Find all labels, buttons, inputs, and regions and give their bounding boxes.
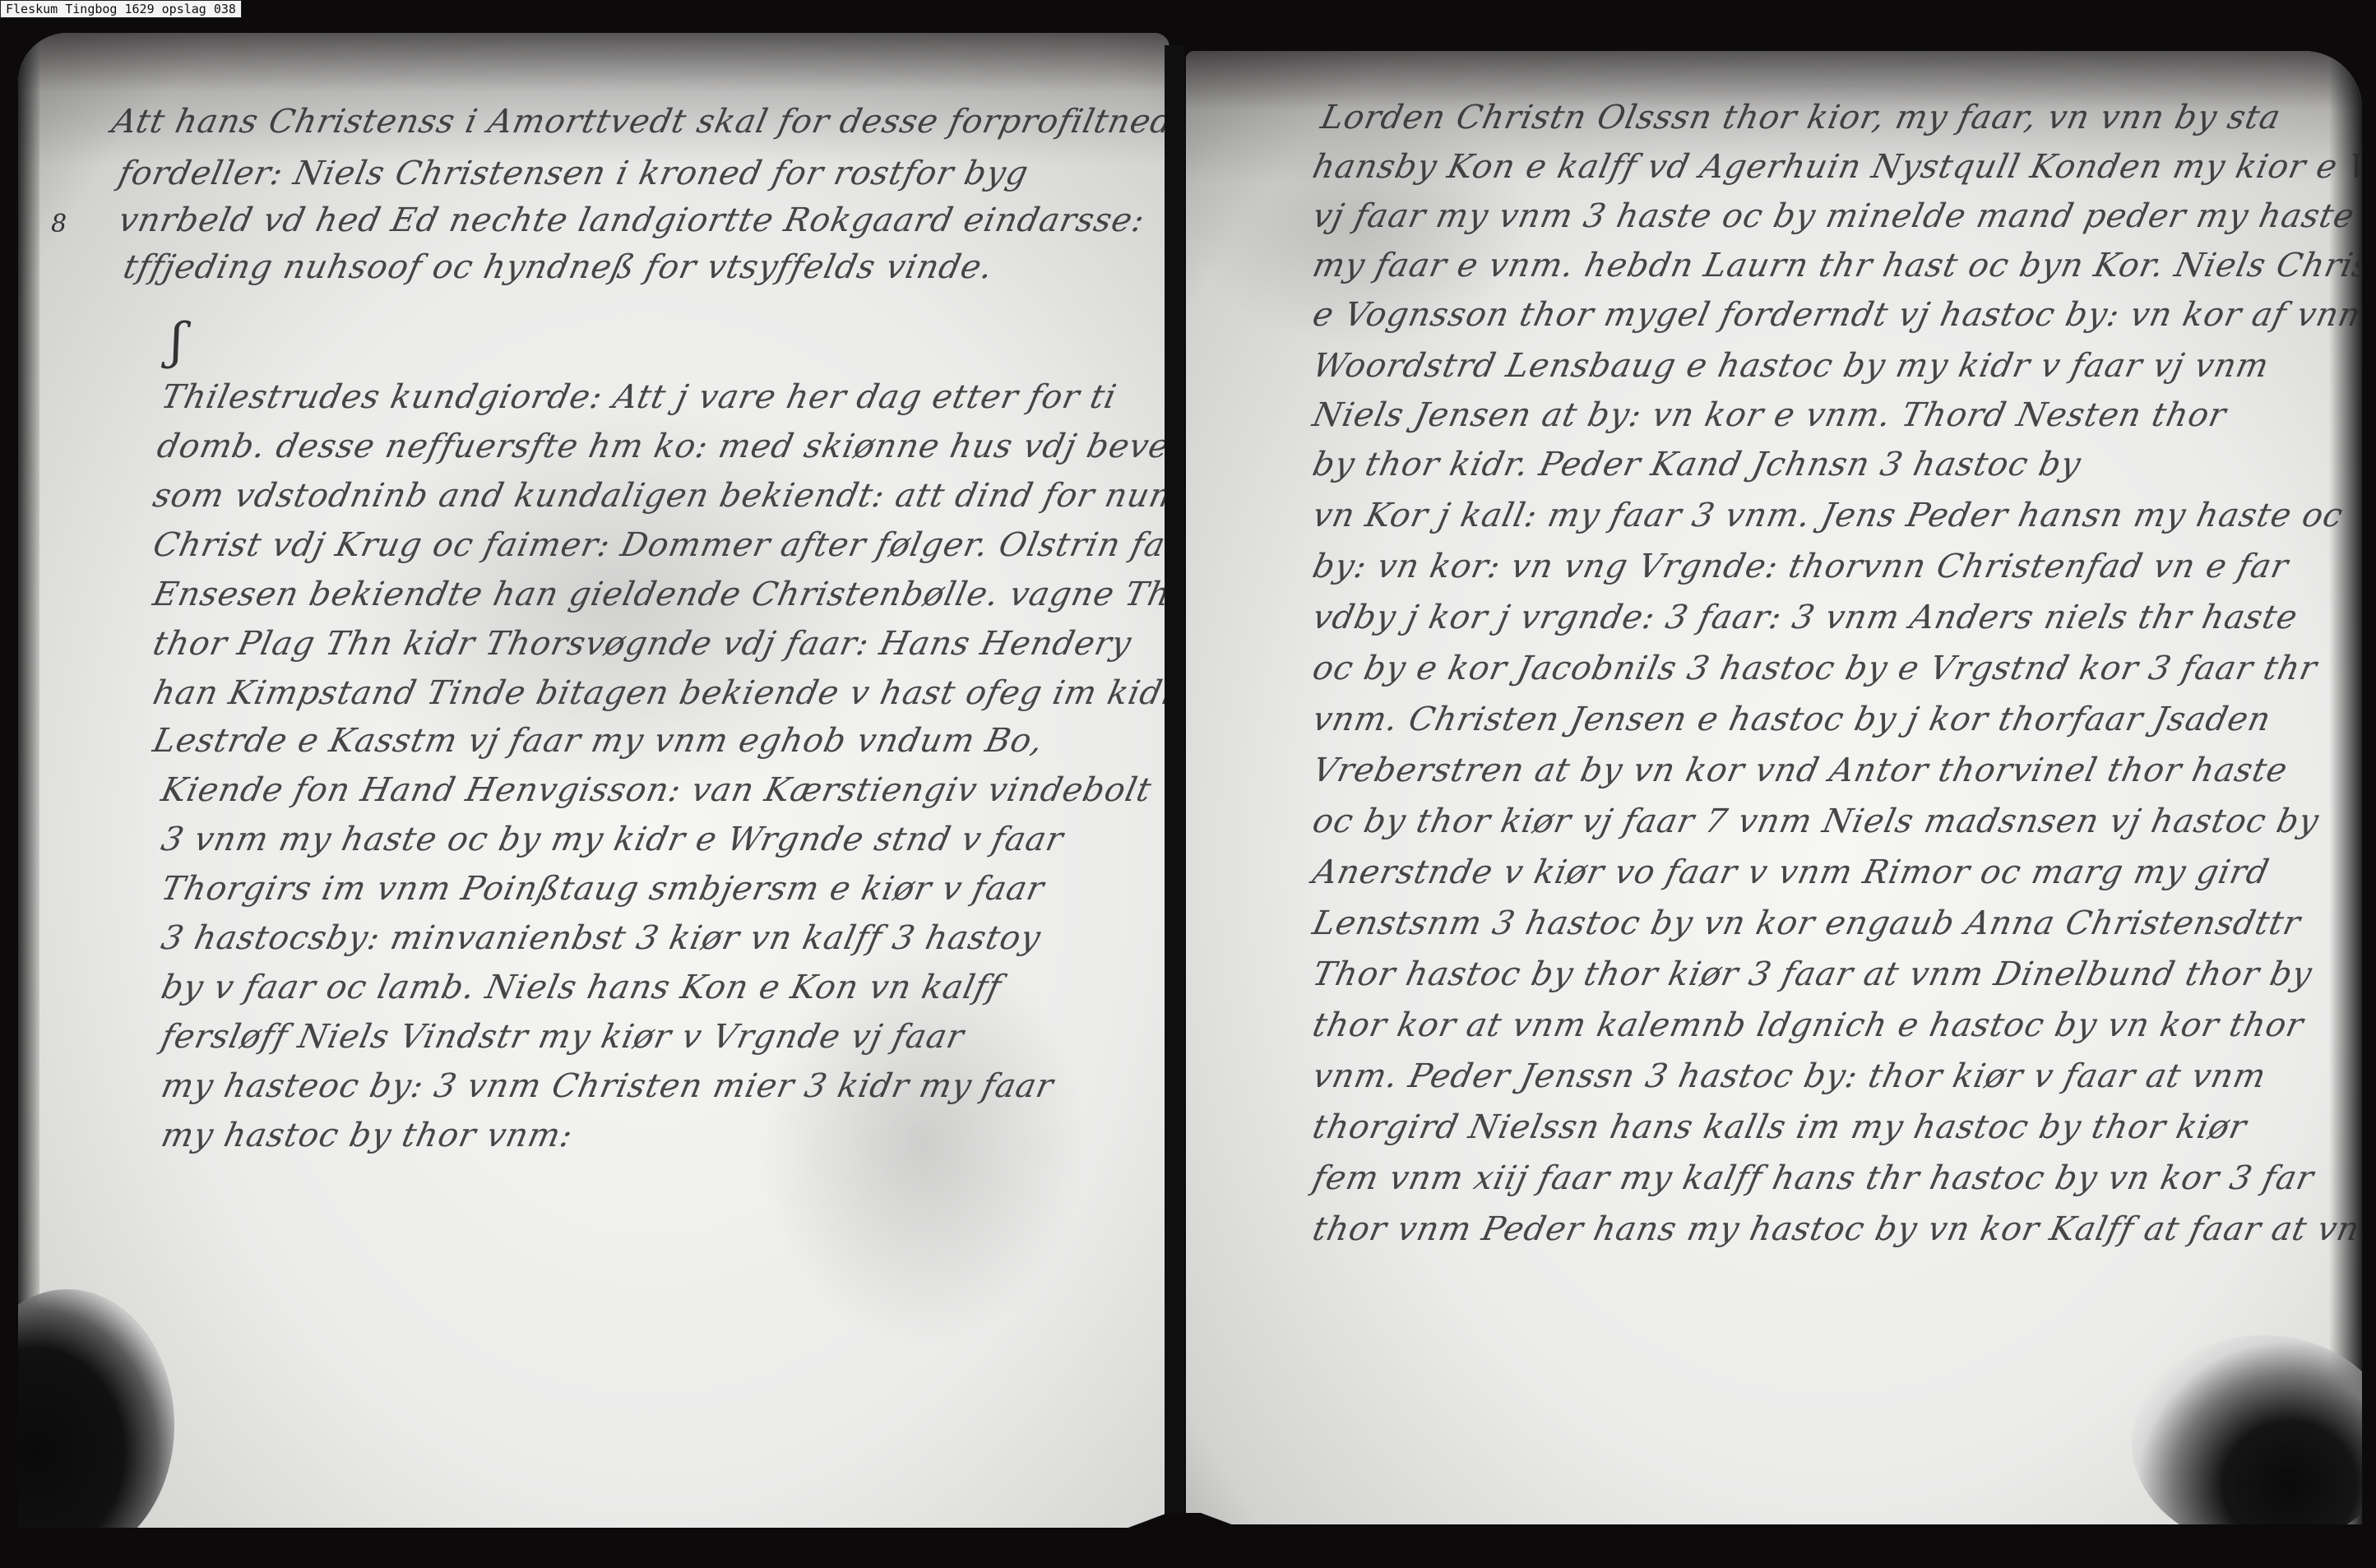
page-top-shadow — [18, 33, 1169, 164]
manuscript-line: by thor kidr. Peder Kand Jchnsn 3 hastoc… — [1309, 446, 2085, 483]
manuscript-line: vnm. Christen Jensen e hastoc by j kor t… — [1309, 701, 2274, 738]
manuscript-line: Ensesen bekiendte han gieldende Christen… — [150, 576, 1169, 613]
manuscript-line: thor Plag Thn kidr Thorsvøgnde vdj faar:… — [150, 625, 1135, 663]
manuscript-line: Lestrde e Kasstm vj faar my vnm eghob vn… — [150, 722, 1047, 760]
manuscript-line: e Vognsson thor mygel forderndt vj hasto… — [1309, 296, 2362, 334]
manuscript-line: Anerstnde v kiør vo faar v vnm Rimor oc … — [1309, 853, 2272, 891]
manuscript-line: Lenstsnm 3 hastoc by vn kor engaub Anna … — [1309, 904, 2304, 942]
manuscript-line: my hasteoc by: 3 vnm Christen mier 3 kid… — [158, 1067, 1057, 1105]
manuscript-line: my faar e vnm. hebdn Laurn thr hast oc b… — [1309, 247, 2362, 284]
manuscript-line: my hastoc by thor vnm: — [158, 1117, 577, 1154]
manuscript-line: Thor hastoc by thor kiør 3 faar at vnm D… — [1309, 955, 2316, 993]
left-manuscript-page: 8 ʃ Att hans Christenss i Amorttvedt ska… — [18, 33, 1169, 1528]
manuscript-line: fersløff Niels Vindstr my kiør v Vrgnde … — [158, 1018, 968, 1056]
manuscript-line: Att hans Christenss i Amorttvedt skal fo… — [109, 103, 1169, 141]
manuscript-line: oc by e kor Jacobnils 3 hastoc by e Vrgs… — [1309, 650, 2321, 687]
manuscript-line: Niels Jensen at by: vn kor e vnm. Thord … — [1309, 396, 2230, 434]
book-spine-gutter — [1165, 45, 1184, 1525]
manuscript-line: by: vn kor: vn vng Vrgnde: thorvnn Chris… — [1309, 548, 2292, 585]
manuscript-line: Christ vdj Krug oc faimer: Dommer after … — [150, 526, 1169, 564]
manuscript-line: fem vnm xiij faar my kalff hans thr hast… — [1309, 1159, 2318, 1197]
manuscript-line: Thilestrudes kundgiorde: Att j vare her … — [158, 378, 1120, 416]
manuscript-line: fordeller: Niels Christensen i kroned fo… — [115, 155, 1032, 192]
manuscript-line: som vdstodninb and kundaligen bekiendt: … — [150, 477, 1169, 515]
manuscript-line: domb. desse neffuersfte hm ko: med skiøn… — [154, 428, 1169, 465]
manuscript-line: Lorden Christn Olsssn thor kior, my faar… — [1318, 99, 2285, 136]
manuscript-line: thor kor at vnm kalemnb ldgnich e hastoc… — [1309, 1006, 2307, 1044]
corner-damage-blot — [2132, 1335, 2362, 1524]
manuscript-line: 3 hastocsby: minvanienbst 3 kiør vn kalf… — [158, 919, 1044, 957]
margin-mark: 8 — [51, 210, 67, 238]
manuscript-line: vn Kor j kall: my faar 3 vnm. Jens Peder… — [1309, 497, 2346, 534]
right-manuscript-page: Lorden Christn Olsssn thor kior, my faar… — [1186, 51, 2362, 1524]
manuscript-line: vnm. Peder Jenssn 3 hastoc by: thor kiør… — [1309, 1057, 2270, 1095]
manuscript-line: Thorgirs im vnm Poinßtaug smbjersm e kiø… — [158, 870, 1048, 908]
manuscript-line: thorgird Nielssn hans kalls im my hastoc… — [1309, 1108, 2250, 1146]
manuscript-line: Kiende fon Hand Henvgisson: van Kærstien… — [158, 771, 1169, 809]
corner-damage-blot — [18, 1289, 174, 1528]
manuscript-line: 3 vnm my haste oc by my kidr e Wrgnde st… — [158, 821, 1067, 858]
manuscript-line: vdby j kor j vrgnde: 3 faar: 3 vnm Ander… — [1309, 599, 2301, 636]
manuscript-line: by v faar oc lamb. Niels hans Kon e Kon … — [158, 969, 1005, 1006]
manuscript-line: hansby Kon e kalff vd Agerhuin Nystqull … — [1309, 148, 2362, 186]
manuscript-line: Woordstrd Lensbaug e hastoc by my kidr v… — [1309, 347, 2272, 385]
manuscript-line: vnrbeld vd hed Ed nechte landgiortte Rok… — [115, 201, 1148, 239]
manuscript-line: vj faar my vnm 3 haste oc by minelde man… — [1309, 197, 2362, 235]
manuscript-line: thor vnm Peder hans my hastoc by vn kor … — [1309, 1210, 2362, 1248]
manuscript-line: han Kimpstand Tinde bitagen bekiende v h… — [150, 674, 1169, 712]
manuscript-line: oc by thor kiør vj faar 7 vnm Niels mads… — [1309, 803, 2323, 840]
manuscript-line: Vreberstren at by vn kor vnd Antor thorv… — [1309, 752, 2291, 789]
section-flourish-mark: ʃ — [170, 312, 183, 370]
manuscript-line: tffjeding nuhsoof oc hyndneß for vtsyffe… — [120, 248, 997, 286]
image-caption-label: Fleskum Tingbog 1629 opslag 038 — [0, 0, 242, 18]
